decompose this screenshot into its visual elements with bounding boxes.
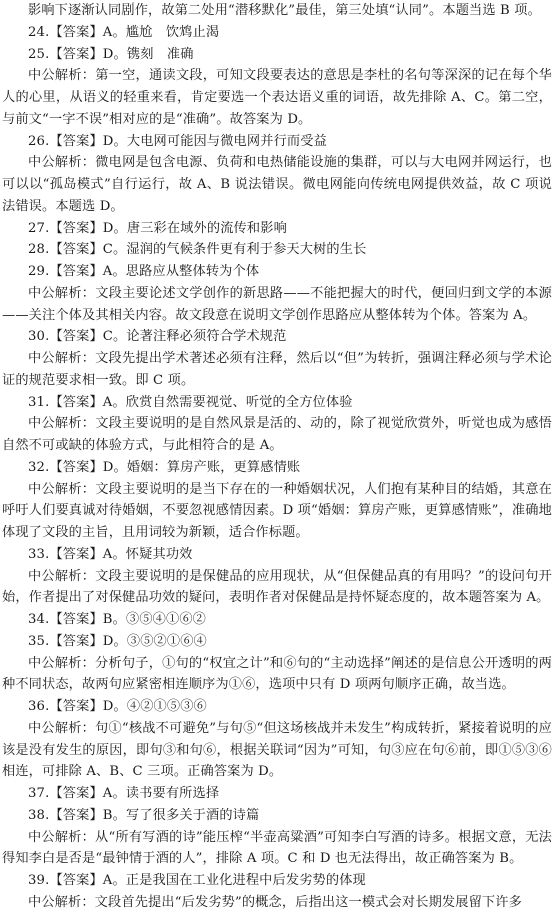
answer-text: D。婚姻：算房产账，更算感情账: [103, 460, 300, 475]
question-number: 33.: [28, 547, 49, 562]
answer-tag: 【答案】: [49, 460, 102, 475]
answer-tag: 【答案】: [49, 25, 102, 40]
answer-tag: 【答案】: [49, 395, 102, 410]
answer-text: A。尴尬 饮鸩止渴: [103, 25, 219, 40]
answer-tag: 【答案】: [49, 134, 102, 149]
question-number: 30.: [28, 329, 49, 344]
answer-line-32: 32.【答案】D。婚姻：算房产账，更算感情账: [2, 457, 552, 479]
answer-line-26: 26.【答案】D。大电网可能因与微电网并行而受益: [2, 131, 552, 153]
answer-line-30: 30.【答案】C。论著注释必须符合学术规范: [2, 326, 552, 348]
analysis-25: 中公解析：第一空，通读文段，可知文段要表达的意思是李杜的名句等深深的记在每个华人…: [2, 65, 552, 130]
answer-text: D。唐三彩在域外的流传和影响: [103, 221, 287, 236]
answer-line-37: 37.【答案】A。读书要有所选择: [2, 783, 552, 805]
question-number: 36.: [28, 699, 49, 714]
analysis-35: 中公解析：分析句子，①句的“权宜之计”和⑥句的“主动选择”阐述的是信息公开透明的…: [2, 653, 552, 697]
question-number: 25.: [28, 47, 49, 62]
answer-text: A。欣赏自然需要视觉、听觉的全方位体验: [103, 395, 353, 410]
analysis-36: 中公解析：句①“核战不可避免”与句⑤“但这场核战并未发生”构成转折，紧接着说明的…: [2, 718, 552, 783]
answer-tag: 【答案】: [49, 47, 102, 62]
question-number: 27.: [28, 221, 49, 236]
answer-text: B。写了很多关于酒的诗篇: [103, 808, 260, 823]
answer-text: A。思路应从整体转为个体: [103, 264, 259, 279]
answer-line-24: 24.【答案】A。尴尬 饮鸩止渴: [2, 22, 552, 44]
question-number: 39.: [28, 873, 49, 888]
answer-text: C。湿润的气候条件更有利于参天大树的生长: [103, 242, 367, 257]
answer-text: D。③⑤②①⑥④: [103, 634, 207, 649]
answer-key-document: 影响下逐渐认同剧作，故第二处用“潜移默化”最佳，第三处填“认同”。本题当选 B …: [0, 0, 554, 914]
question-number: 24.: [28, 25, 49, 40]
answer-line-25: 25.【答案】D。镌刻 准确: [2, 44, 552, 66]
answer-tag: 【答案】: [49, 786, 102, 801]
question-number: 28.: [28, 242, 49, 257]
question-number: 26.: [28, 134, 49, 149]
answer-text: A。怀疑其功效: [103, 547, 193, 562]
analysis-39: 中公解析：文段首先提出“后发劣势”的概念，后指出这一模式会对长期发展留下许多: [2, 892, 552, 914]
question-number: 31.: [28, 395, 49, 410]
answer-line-35: 35.【答案】D。③⑤②①⑥④: [2, 631, 552, 653]
answer-line-29: 29.【答案】A。思路应从整体转为个体: [2, 261, 552, 283]
answer-tag: 【答案】: [49, 634, 102, 649]
answer-text: A。读书要有所选择: [103, 786, 219, 801]
answer-tag: 【答案】: [49, 699, 102, 714]
question-number: 38.: [28, 808, 49, 823]
analysis-30: 中公解析：文段先提出学术著述必须有注释，然后以“但”为转折，强调注释必须与学术论…: [2, 348, 552, 392]
continuation-paragraph: 影响下逐渐认同剧作，故第二处用“潜移默化”最佳，第三处填“认同”。本题当选 B …: [2, 0, 552, 22]
answer-line-27: 27.【答案】D。唐三彩在域外的流传和影响: [2, 218, 552, 240]
answer-tag: 【答案】: [49, 808, 102, 823]
answer-line-31: 31.【答案】A。欣赏自然需要视觉、听觉的全方位体验: [2, 392, 552, 414]
answer-text: A。正是我国在工业化进程中后发劣势的体现: [103, 873, 366, 888]
answer-line-28: 28.【答案】C。湿润的气候条件更有利于参天大树的生长: [2, 239, 552, 261]
answer-line-33: 33.【答案】A。怀疑其功效: [2, 544, 552, 566]
answer-line-38: 38.【答案】B。写了很多关于酒的诗篇: [2, 805, 552, 827]
question-number: 37.: [28, 786, 49, 801]
question-number: 29.: [28, 264, 49, 279]
answer-text: D。④②①⑤③⑥: [103, 699, 207, 714]
answer-tag: 【答案】: [49, 264, 102, 279]
answer-text: D。镌刻 准确: [103, 47, 194, 62]
answer-text: D。大电网可能因与微电网并行而受益: [103, 134, 327, 149]
answer-line-36: 36.【答案】D。④②①⑤③⑥: [2, 696, 552, 718]
analysis-38: 中公解析：从“所有写酒的诗”能压榨“半壶高粱酒”可知李白写酒的诗多。根据文意，无…: [2, 827, 552, 871]
question-number: 35.: [28, 634, 49, 649]
answer-tag: 【答案】: [49, 221, 102, 236]
answer-line-34: 34.【答案】B。③⑤④①⑥②: [2, 609, 552, 631]
question-number: 32.: [28, 460, 49, 475]
answer-tag: 【答案】: [49, 329, 102, 344]
answer-text: B。③⑤④①⑥②: [103, 612, 206, 627]
answer-tag: 【答案】: [49, 612, 102, 627]
answer-tag: 【答案】: [49, 873, 102, 888]
question-number: 34.: [28, 612, 49, 627]
answer-tag: 【答案】: [49, 547, 102, 562]
answer-text: C。论著注释必须符合学术规范: [103, 329, 287, 344]
analysis-32: 中公解析：文段主要说明的是当下存在的一种婚姻状况，人们抱有某种目的结婚，其意在呼…: [2, 479, 552, 544]
answer-line-39: 39.【答案】A。正是我国在工业化进程中后发劣势的体现: [2, 870, 552, 892]
analysis-33: 中公解析：文段主要说明的是保健品的应用现状，从“但保健品真的有用吗？”的设问句开…: [2, 566, 552, 610]
analysis-29: 中公解析：文段主要论述文学创作的新思路——不能把握大的时代，便回归到文学的本源—…: [2, 283, 552, 327]
analysis-31: 中公解析：文段主要说明的是自然风景是活的、动的，除了视觉欣赏外，听觉也成为感悟自…: [2, 413, 552, 457]
analysis-26: 中公解析：微电网是包含电源、负荷和电热储能设施的集群，可以与大电网并网运行，也可…: [2, 152, 552, 217]
answer-tag: 【答案】: [49, 242, 102, 257]
